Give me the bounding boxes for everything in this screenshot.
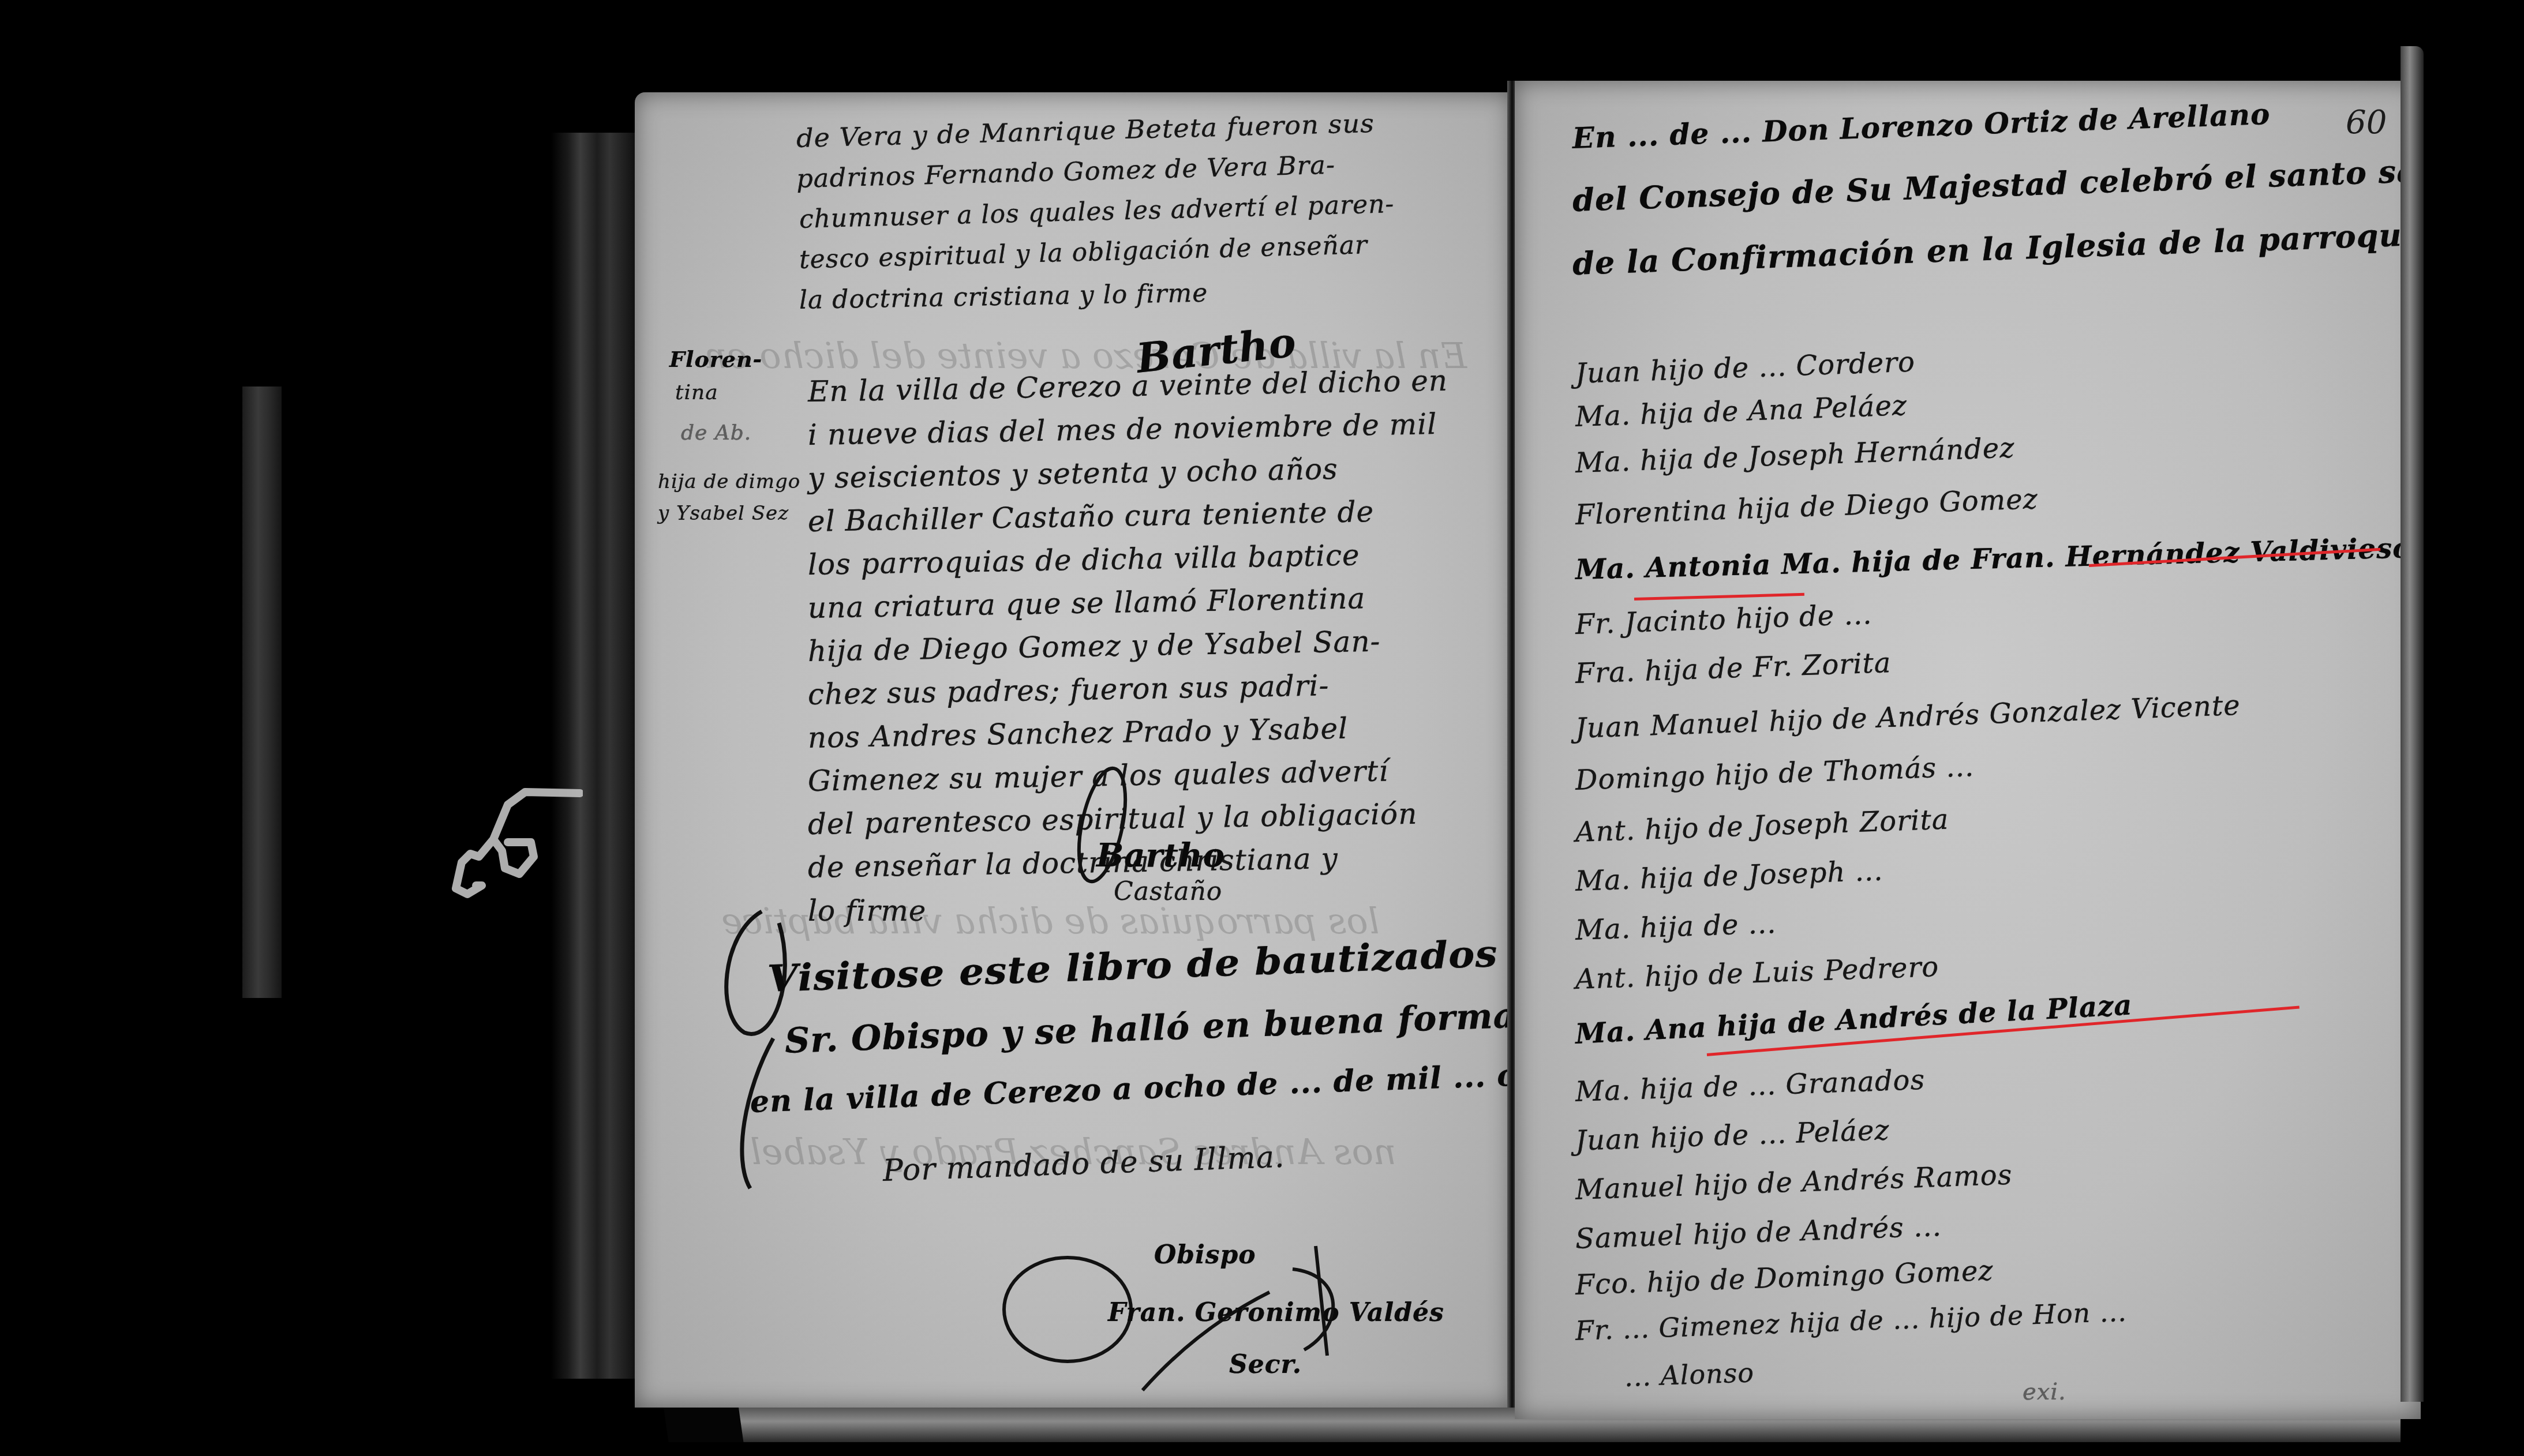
right-page: 60 En ... de ... Don Lorenzo Ortiz de Ar…	[1515, 81, 2421, 1419]
list-entry: Fco. hijo de Domingo Gomez	[1575, 1255, 1994, 1301]
signature-surname: Castaño	[1114, 877, 1222, 906]
text-line: en la villa de Cerezo a ocho de ... de m…	[750, 1052, 1512, 1120]
list-entry: ... Alonso	[1624, 1357, 1755, 1393]
signature-line: Obispo	[1154, 1240, 1256, 1270]
text-line: chez sus padres; fueron sus padri-	[807, 669, 1329, 711]
list-entry: Ma. hija de ...	[1575, 907, 1777, 947]
list-entry: Manuel hijo de Andrés Ramos	[1575, 1159, 2013, 1206]
signature-line: Fran. Geronimo Valdés	[1108, 1298, 1444, 1327]
list-entry: Fr. Jacinto hijo de ...	[1575, 598, 1873, 641]
list-entry: Fr. ... Gimenez hija de ... hijo de Hon …	[1575, 1296, 2127, 1346]
margin-note-line: de Ab.	[681, 421, 751, 445]
text-line: En ... de ... Don Lorenzo Ortiz de Arell…	[1572, 97, 2271, 155]
text-line: lo firme	[808, 894, 926, 928]
book-cover-strip	[242, 386, 282, 998]
page-block-right-edge	[2401, 46, 2424, 1402]
folio-number: 60	[2346, 104, 2387, 141]
list-entry: Florentina hija de Diego Gomez	[1575, 483, 2039, 531]
text-line: nos Andres Sanchez Prado y Ysabel	[807, 712, 1348, 755]
text-line: del Consejo de Su Majestad celebró el sa…	[1572, 147, 2421, 219]
book-spine-edge	[551, 133, 635, 1379]
list-entry: Domingo hijo de Thomás ...	[1575, 750, 1975, 797]
list-entry: Juan Manuel hijo de Andrés Gonzalez Vice…	[1575, 689, 2241, 745]
text-line: de la Confirmación en la Iglesia de la p…	[1572, 212, 2421, 282]
list-entry: Ma. hija de Joseph Hernández	[1575, 431, 2015, 479]
text-line: tesco espiritual y la obligación de ense…	[799, 230, 1368, 275]
list-entry: Ma. hija de ... Granados	[1575, 1064, 1926, 1108]
signature-line: Secr.	[1229, 1350, 1302, 1379]
text-line: de Vera y de Manrique Beteta fueron sus	[796, 109, 1375, 153]
text-line: y seiscientos y setenta y ocho años	[807, 452, 1338, 495]
text-line: i nueve dias del mes de noviembre de mil	[807, 407, 1437, 452]
margin-note-line: hija de dimgo	[658, 470, 800, 493]
left-page: En la villa de Cerezo a veinte del dicho…	[635, 92, 1512, 1408]
margin-note-line: Floren-	[669, 346, 762, 372]
list-entry: Ma. hija de Joseph ...	[1575, 854, 1883, 898]
list-entry: Fra. hija de Fr. Zorita	[1575, 647, 1892, 690]
list-entry: Samuel hijo de Andrés ...	[1575, 1210, 1942, 1255]
list-entry: Juan hijo de ... Cordero	[1575, 346, 1916, 390]
text-line: hija de Diego Gomez y de Ysabel San-	[807, 625, 1380, 668]
ribbon-bookmark	[444, 787, 583, 911]
list-entry-underlined: Ma. Antonia Ma. hija de Fran. Hernández …	[1575, 532, 2411, 586]
list-entry: Juan hijo de ... Peláez	[1575, 1114, 1890, 1157]
list-entry: Ant. hijo de Joseph Zorita	[1575, 803, 1949, 849]
text-line: una criatura que se llamó Florentina	[807, 581, 1365, 625]
text-line: padrinos Fernando Gomez de Vera Bra-	[796, 151, 1335, 194]
signature-name: Bartho	[1096, 836, 1225, 875]
text-line: chumnuser a los quales les advertí el pa…	[799, 189, 1395, 234]
text-line: el Bachiller Castaño cura teniente de	[807, 495, 1374, 538]
list-entry: Ma. hija de Ana Peláez	[1575, 389, 1908, 433]
trailing-note: exi.	[2023, 1379, 2066, 1405]
text-line: la doctrina cristiana y lo firme	[799, 279, 1208, 315]
list-entry: Ant. hijo de Luis Pedrero	[1575, 951, 1939, 996]
text-line: los parroquias de dicha villa baptice	[807, 538, 1360, 581]
text-line: Sr. Obispo y se halló en buena forma lo …	[784, 989, 1512, 1061]
margin-note-line: tina	[675, 381, 718, 404]
margin-note-line: y Ysabel Sez	[658, 502, 789, 525]
